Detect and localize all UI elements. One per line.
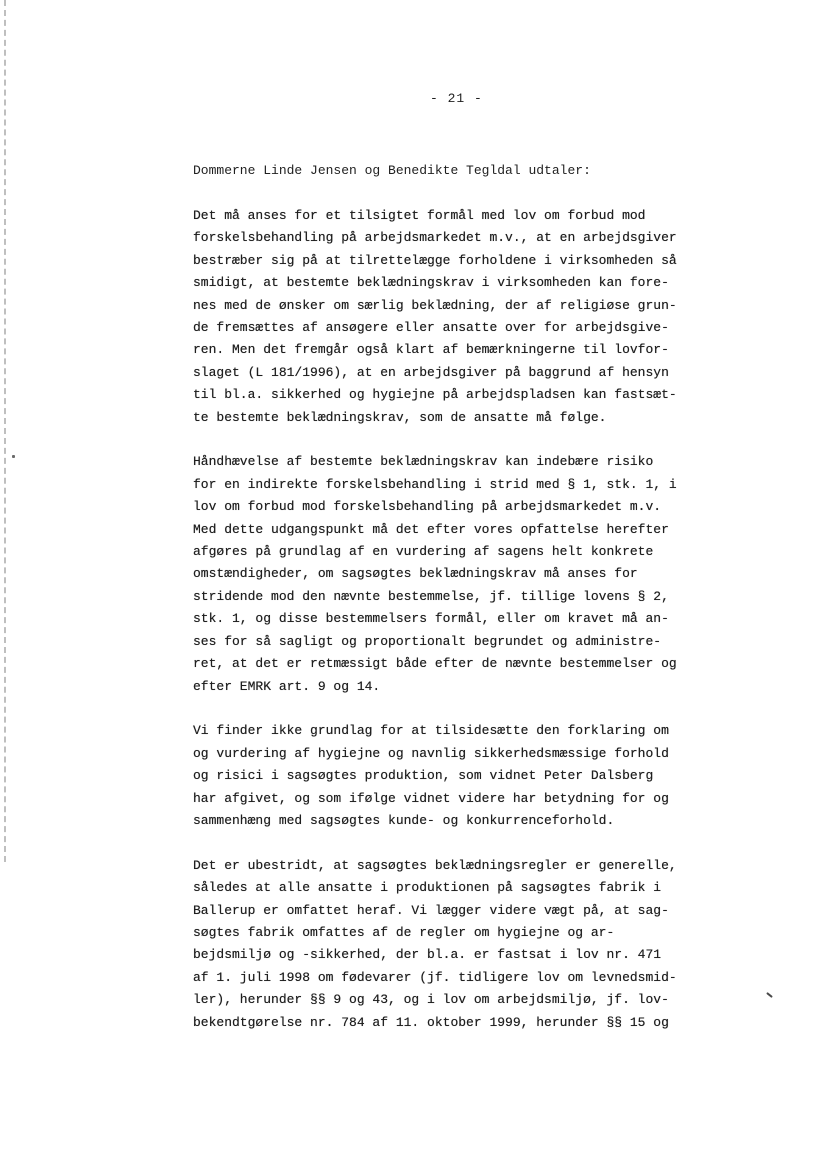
paragraph-1: Det må anses for et tilsigtet formål med… bbox=[193, 205, 703, 429]
scan-artifact-speck bbox=[12, 455, 15, 458]
document-body: Det må anses for et tilsigtet formål med… bbox=[193, 205, 703, 1056]
paragraph-3: Vi finder ikke grundlag for at tilsidesæ… bbox=[193, 720, 703, 832]
document-heading: Dommerne Linde Jensen og Benedikte Tegld… bbox=[193, 160, 591, 182]
paragraph-4: Det er ubestridt, at sagsøgtes beklædnin… bbox=[193, 855, 703, 1034]
page-number: - 21 - bbox=[430, 88, 483, 110]
scan-artifact-left-edge bbox=[4, 0, 6, 862]
scanned-document-page: - 21 - Dommerne Linde Jensen og Benedikt… bbox=[0, 0, 825, 1168]
paragraph-2: Håndhævelse af bestemte beklædningskrav … bbox=[193, 451, 703, 697]
scan-artifact-stray-mark bbox=[766, 992, 773, 998]
